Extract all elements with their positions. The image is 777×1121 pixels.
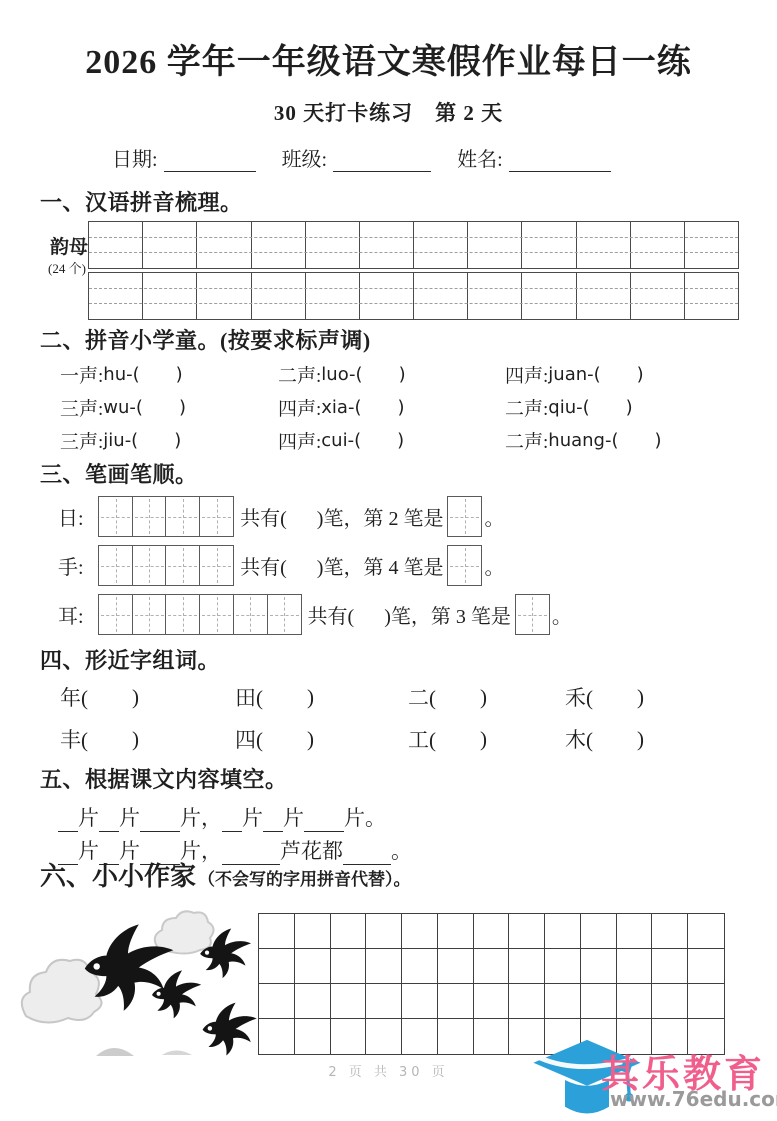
class-label: 班级: [282, 143, 328, 172]
tianzige-cell [98, 545, 133, 586]
tone-label: 一声: [60, 361, 103, 388]
pinyin-cell [522, 222, 576, 268]
stroke-answer-cell [447, 496, 482, 537]
writing-cell [545, 914, 581, 949]
class-blank-line [333, 147, 431, 172]
pinyin-cell [414, 222, 468, 268]
tianzige-cell [165, 545, 200, 586]
writing-cell [688, 914, 724, 949]
tone-paren-close: ) [654, 430, 661, 451]
tone-item: 四声:juan-() [505, 361, 644, 388]
class-field: 班级: [282, 143, 432, 172]
word-item: 二() [408, 682, 565, 712]
tianzige-hdash [450, 566, 479, 567]
writing-cell [331, 914, 367, 949]
tianzige-hdash [270, 615, 299, 616]
tone-paren-close: ) [637, 364, 644, 385]
word-item: 工() [408, 724, 565, 754]
tone-paren-close: ) [174, 430, 181, 451]
date-blank-line [164, 147, 256, 172]
word-character: 工( [408, 724, 436, 754]
writing-cell [474, 949, 510, 984]
fill-text: 片 [283, 802, 304, 832]
word-item: 年() [60, 682, 235, 712]
tone-label: 三声: [60, 394, 103, 421]
writing-cell [402, 1019, 438, 1054]
info-row: 日期: 班级: 姓名: [112, 143, 611, 172]
writing-cell [295, 949, 331, 984]
tone-label: 二声: [505, 427, 548, 454]
tianzige-hdash [168, 566, 197, 567]
writing-cell [366, 984, 402, 1019]
word-paren-close: ) [480, 685, 487, 710]
date-field: 日期: [112, 143, 256, 172]
page-title: 2026 学年一年级语文寒假作业每日一练 [0, 34, 777, 83]
tianzige-hdash [202, 566, 231, 567]
writing-cell [581, 984, 617, 1019]
tone-syllable: wu-( [103, 397, 143, 418]
tianzige-hdash [202, 615, 231, 616]
tianzige-cell [132, 545, 167, 586]
stroke-answer-cell [447, 545, 482, 586]
section6-heading-main: 六、小小作家 [40, 856, 196, 893]
writing-cell [259, 984, 295, 1019]
writing-cell [617, 914, 653, 949]
fill-text: 片， [180, 802, 222, 832]
section5-heading: 五、根据课文内容填空。 [40, 763, 288, 794]
fill-text: 片 [242, 802, 263, 832]
section3-heading: 三、笔画笔顺。 [40, 458, 198, 489]
tianzige-hdash [135, 615, 164, 616]
writing-cell [688, 984, 724, 1019]
tianzige-hdash [450, 517, 479, 518]
tone-paren-close: ) [399, 364, 406, 385]
composition-grid [258, 913, 725, 1055]
section6-heading: 六、小小作家 （不会写的字用拼音代替）。 [40, 856, 411, 893]
fill-text: 片 [119, 802, 140, 832]
writing-cell [366, 949, 402, 984]
writing-cell [438, 1019, 474, 1054]
tone-row: 三声:wu-()四声:xia-()二声:qiu-() [60, 391, 662, 424]
word-item: 丰() [60, 724, 235, 754]
stroke-character: 手: [58, 551, 98, 580]
pinyin-cell [360, 222, 414, 268]
writing-cell [474, 914, 510, 949]
word-paren-close: ) [637, 685, 644, 710]
fill-line: 片片片，片片片。 [58, 799, 412, 832]
tone-syllable: juan-( [548, 364, 600, 385]
tone-item: 三声:jiu-() [60, 427, 278, 454]
tone-item: 二声:huang-() [505, 427, 662, 454]
pinyin-cell [360, 273, 414, 319]
stroke-count-text: 共有( [240, 502, 287, 531]
stroke-question-text: )笔，第 2 笔是 [317, 502, 444, 531]
stroke-end-text: 。 [484, 551, 504, 580]
pinyin-cell [197, 222, 251, 268]
tianzige-cell [132, 496, 167, 537]
writing-cell [295, 984, 331, 1019]
tone-item: 一声:hu-() [60, 361, 278, 388]
writing-cell [402, 914, 438, 949]
blank-line [222, 805, 242, 832]
section2-heading: 二、拼音小学童。(按要求标声调) [40, 324, 371, 355]
blank-line [140, 805, 180, 832]
stroke-order-grid [98, 496, 234, 537]
tone-syllable: jiu-( [103, 430, 138, 451]
word-character: 年( [60, 682, 88, 712]
tone-label: 四声: [278, 394, 321, 421]
swallows-illustration [16, 908, 264, 1076]
word-paren-close: ) [132, 685, 139, 710]
tianzige-hdash [168, 615, 197, 616]
word-paren-close: ) [480, 727, 487, 752]
writing-cell [402, 949, 438, 984]
hill-icon [162, 1051, 192, 1056]
stroke-answer-cell [515, 594, 550, 635]
tianzige-hdash [168, 517, 197, 518]
pinyin-cell [143, 273, 197, 319]
pinyin-cell [577, 273, 631, 319]
writing-cell [366, 914, 402, 949]
tianzige-hdash [236, 615, 265, 616]
stroke-count-text: 共有( [240, 551, 287, 580]
writing-cell [366, 1019, 402, 1054]
word-character: 田( [235, 682, 263, 712]
pinyin-dashed-line [89, 288, 738, 289]
pinyin-cell [414, 273, 468, 319]
tianzige-hdash [135, 517, 164, 518]
tone-paren-close: ) [397, 397, 404, 418]
writing-cell [652, 914, 688, 949]
writing-cell [652, 949, 688, 984]
stroke-question-text: )笔，第 4 笔是 [317, 551, 444, 580]
pinyin-cell [143, 222, 197, 268]
tianzige-cell [98, 594, 133, 635]
tianzige-cell [267, 594, 302, 635]
writing-cell [652, 984, 688, 1019]
pinyin-cell [631, 222, 685, 268]
writing-cell [545, 984, 581, 1019]
tianzige-hdash [101, 615, 130, 616]
tianzige-cell [199, 496, 234, 537]
word-item: 四() [235, 724, 408, 754]
writing-cell [581, 949, 617, 984]
word-rows: 年()田()二()禾()丰()四()工()木() [60, 676, 644, 760]
tianzige-hdash [202, 517, 231, 518]
word-paren-close: ) [637, 727, 644, 752]
word-paren-close: ) [307, 727, 314, 752]
tone-label: 三声: [60, 427, 103, 454]
tianzige-cell [233, 594, 268, 635]
word-character: 木( [565, 724, 593, 754]
writing-cell [438, 914, 474, 949]
word-character: 二( [408, 682, 436, 712]
pinyin-cell [685, 222, 738, 268]
tone-item: 四声:xia-() [278, 394, 505, 421]
writing-cell [259, 949, 295, 984]
word-paren-close: ) [132, 727, 139, 752]
word-row: 丰()四()工()木() [60, 718, 644, 760]
fill-text: 片。 [344, 802, 386, 832]
pinyin-dashed-line [89, 303, 738, 304]
word-item: 木() [565, 724, 644, 754]
name-field: 姓名: [457, 143, 611, 172]
writing-cell [295, 914, 331, 949]
tone-label: 二声: [278, 361, 321, 388]
stroke-character: 耳: [58, 600, 98, 629]
writing-cell [581, 914, 617, 949]
section1-heading: 一、汉语拼音梳理。 [40, 186, 243, 217]
word-character: 四( [235, 724, 263, 754]
tone-items: 一声:hu-()二声:luo-()四声:juan-()三声:wu-()四声:xi… [60, 358, 662, 457]
tone-label: 四声: [278, 427, 321, 454]
tone-syllable: huang-( [548, 430, 618, 451]
writing-cell [402, 984, 438, 1019]
swallow-icon [203, 1003, 257, 1056]
writing-cell [474, 1019, 510, 1054]
section6-heading-note: （不会写的字用拼音代替）。 [198, 865, 411, 890]
pinyin-cell [306, 273, 360, 319]
tianzige-hdash [101, 517, 130, 518]
writing-cell [474, 984, 510, 1019]
pinyin-row-label: 韵母 [50, 232, 88, 259]
writing-cell [295, 1019, 331, 1054]
word-character: 禾( [565, 682, 593, 712]
word-item: 田() [235, 682, 408, 712]
section4-heading: 四、形近字组词。 [40, 644, 220, 675]
tone-syllable: luo-( [321, 364, 362, 385]
writing-cell [545, 949, 581, 984]
tone-syllable: hu-( [103, 364, 139, 385]
word-character: 丰( [60, 724, 88, 754]
stroke-end-text: 。 [552, 600, 572, 629]
worksheet-page: 2026 学年一年级语文寒假作业每日一练 30 天打卡练习 第 2 天 日期: … [0, 0, 777, 1121]
page-subtitle: 30 天打卡练习 第 2 天 [0, 97, 777, 127]
stroke-question-text: )笔，第 3 笔是 [384, 600, 511, 629]
writing-cell [688, 949, 724, 984]
tianzige-cell [199, 545, 234, 586]
pinyin-cell [522, 273, 576, 319]
writing-cell [509, 984, 545, 1019]
pinyin-dashed-line [89, 252, 738, 253]
tianzige-cell [165, 496, 200, 537]
tianzige-cell [132, 594, 167, 635]
writing-cell [331, 1019, 367, 1054]
tone-item: 二声:qiu-() [505, 394, 633, 421]
name-blank-line [509, 147, 611, 172]
hill-icon [96, 1048, 134, 1056]
word-item: 禾() [565, 682, 644, 712]
fill-text: 片 [78, 802, 99, 832]
tone-row: 一声:hu-()二声:luo-()四声:juan-() [60, 358, 662, 391]
blank-line [263, 805, 283, 832]
tianzige-hdash [518, 615, 547, 616]
tone-syllable: cui-( [321, 430, 361, 451]
stroke-count-text: 共有( [308, 600, 355, 629]
tianzige-cell [165, 594, 200, 635]
pinyin-cell [197, 273, 251, 319]
word-row: 年()田()二()禾() [60, 676, 644, 718]
stroke-end-text: 。 [484, 502, 504, 531]
pinyin-four-line-row [88, 272, 739, 320]
writing-cell [331, 949, 367, 984]
tianzige-hdash [135, 566, 164, 567]
tone-syllable: xia-( [321, 397, 361, 418]
stroke-character: 日: [58, 502, 98, 531]
writing-cell [259, 1019, 295, 1054]
tone-item: 四声:cui-() [278, 427, 505, 454]
pinyin-four-line-row [88, 221, 739, 269]
pinyin-cell [89, 222, 143, 268]
word-paren-close: ) [307, 685, 314, 710]
tone-label: 四声: [505, 361, 548, 388]
date-label: 日期: [112, 143, 158, 172]
tone-syllable: qiu-( [548, 397, 589, 418]
pinyin-cell [577, 222, 631, 268]
writing-cell [438, 949, 474, 984]
stroke-row: 日:共有()笔，第 2 笔是。 [58, 492, 572, 541]
tone-row: 三声:jiu-()四声:cui-()二声:huang-() [60, 424, 662, 457]
pinyin-cell [306, 222, 360, 268]
tianzige-hdash [101, 566, 130, 567]
pinyin-grid [88, 221, 739, 323]
tone-item: 三声:wu-() [60, 394, 278, 421]
swallow-icon [152, 970, 201, 1018]
pinyin-cell [685, 273, 738, 319]
brand-url: www.76edu.com [610, 1087, 777, 1111]
blank-line [99, 805, 119, 832]
blank-line [58, 805, 78, 832]
pinyin-cell [468, 222, 522, 268]
pinyin-cell [252, 273, 306, 319]
pinyin-dashed-line [89, 237, 738, 238]
writing-cell [509, 914, 545, 949]
pinyin-cell [252, 222, 306, 268]
stroke-row: 手:共有()笔，第 4 笔是。 [58, 541, 572, 590]
writing-cell [259, 914, 295, 949]
stroke-order-grid [98, 594, 302, 635]
stroke-rows: 日:共有()笔，第 2 笔是。手:共有()笔，第 4 笔是。耳:共有()笔，第 … [58, 492, 572, 639]
writing-cell [617, 984, 653, 1019]
tone-paren-close: ) [397, 430, 404, 451]
name-label: 姓名: [457, 143, 503, 172]
writing-cell [617, 949, 653, 984]
blank-line [304, 805, 344, 832]
tone-label: 二声: [505, 394, 548, 421]
tianzige-cell [199, 594, 234, 635]
writing-cell [331, 984, 367, 1019]
pinyin-row-sublabel: (24 个) [48, 258, 86, 277]
cloud-icon [155, 911, 214, 953]
tone-paren-close: ) [179, 397, 186, 418]
tone-paren-close: ) [176, 364, 183, 385]
pinyin-cell [631, 273, 685, 319]
writing-cell [509, 949, 545, 984]
stroke-row: 耳:共有()笔，第 3 笔是。 [58, 590, 572, 639]
pinyin-cell [468, 273, 522, 319]
tone-item: 二声:luo-() [278, 361, 505, 388]
tone-paren-close: ) [626, 397, 633, 418]
pinyin-cell [89, 273, 143, 319]
tianzige-cell [98, 496, 133, 537]
stroke-order-grid [98, 545, 234, 586]
writing-cell [438, 984, 474, 1019]
